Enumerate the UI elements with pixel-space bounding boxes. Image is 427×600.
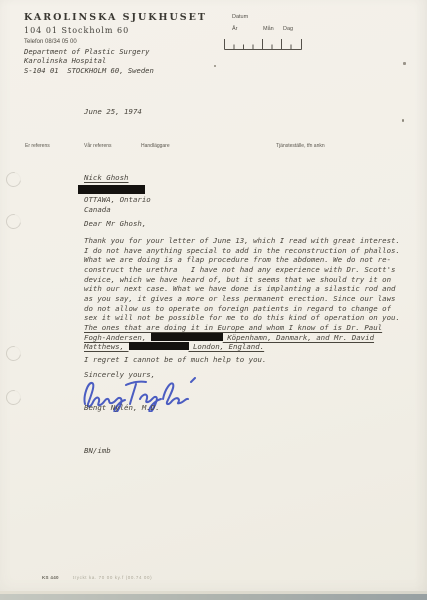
body-line: What we are doing is a flap procedure fr… — [84, 255, 414, 265]
body-line-underlined: The ones that are doing it in Europe and… — [84, 323, 414, 333]
punch-hole-icon — [3, 343, 24, 364]
month-label: Mån — [263, 26, 274, 32]
body-line: do not allow us to operate on foreign pa… — [84, 304, 414, 314]
body-line: I do not have anything special to add in… — [84, 246, 414, 256]
tjanstestalle-label: Tjänsteställe, tfn ankn — [276, 143, 325, 149]
body-line: as you say, it gives a more or less perm… — [84, 294, 414, 304]
body-line: construct the urethra I have not had any… — [84, 265, 414, 275]
body-line: device, which we have heard of, but it s… — [84, 275, 414, 285]
scanned-letter-page: KAROLINSKA SJUKHUSET 104 01 Stockholm 60… — [0, 0, 427, 600]
recipient-name: Nick Ghosh — [84, 173, 129, 182]
footer-fine-print: tryckt ka. 70 00 ky.f (00.74 00) — [73, 575, 152, 580]
scan-speck — [403, 62, 406, 65]
hospital-address: 104 01 Stockholm 60 — [24, 26, 129, 35]
body-line: Thank you for your letter of June 13, wh… — [84, 236, 414, 246]
signer-name: Bengt Nylén, M.D. — [84, 403, 160, 412]
typed-date: June 25, 1974 — [84, 107, 142, 116]
year-label: År — [232, 26, 238, 32]
salutation: Dear Mr Ghosh, — [84, 219, 146, 228]
body-line-underlined: Fogh-Andersen, Köpenhamn, Danmark, and M… — [84, 333, 414, 343]
er-referens-label: Er referens — [25, 143, 50, 149]
body-text: Fogh-Andersen, — [84, 333, 151, 342]
redaction-bar-fogh-andersen — [151, 333, 223, 341]
handlaggare-label: Handläggare — [141, 143, 170, 149]
date-grid-icon — [224, 37, 302, 50]
datum-label: Datum — [232, 14, 248, 20]
body-text: London, England. — [189, 342, 265, 351]
initials-reference: BN/imb — [84, 446, 111, 455]
page-bottom-edge — [0, 594, 427, 600]
redaction-bar-address — [78, 185, 145, 194]
hospital-phone: Telefon 08/34 05 00 — [24, 39, 77, 45]
recipient-city: OTTAWA, Ontario — [84, 195, 151, 204]
body-line: sex it will not be possible for me to do… — [84, 313, 414, 323]
day-label: Dag — [283, 26, 293, 32]
redaction-bar-matthews — [129, 342, 189, 350]
recipient-country: Canada — [84, 205, 111, 214]
punch-hole-icon — [3, 387, 24, 408]
var-referens-label: Vår referens — [84, 143, 112, 149]
body-paragraph: Thank you for your letter of June 13, wh… — [84, 236, 414, 352]
punch-hole-icon — [3, 211, 24, 232]
footer-form-code: KS 440 — [42, 575, 59, 580]
scan-speck — [402, 119, 404, 122]
scan-speck — [214, 65, 216, 67]
department-stamp: Department of Plastic Surgery Karolinska… — [24, 47, 154, 75]
body-line-underlined: Matthews, London, England. — [84, 342, 414, 352]
body-text: Matthews, — [84, 342, 129, 351]
footer-print: KS 440tryckt ka. 70 00 ky.f (00.74 00) — [42, 575, 152, 580]
hospital-name: KAROLINSKA SJUKHUSET — [24, 12, 207, 23]
punch-hole-icon — [3, 169, 24, 190]
body-text: Köpenhamn, Danmark, and Mr. David — [223, 333, 374, 342]
body-line: with our next case. What we have done is… — [84, 284, 414, 294]
closing-line: I regret I cannot be of much help to you… — [84, 355, 266, 364]
